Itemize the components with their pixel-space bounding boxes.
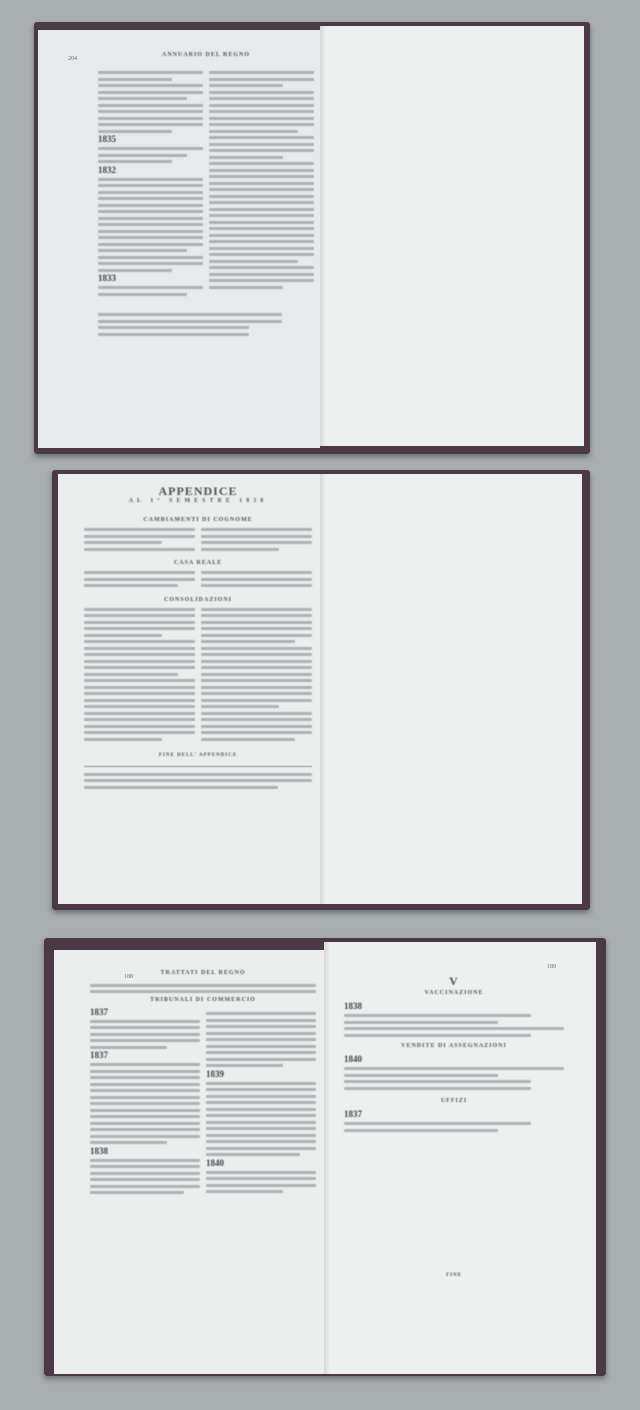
entry-year: 1833 xyxy=(98,275,203,283)
appendix-subtitle: AL 1° SEMESTRE 1838 xyxy=(84,498,312,506)
entry-year: 1837 xyxy=(344,1111,564,1119)
right-page-blank xyxy=(320,474,582,904)
entry-year: 1839 xyxy=(206,1071,316,1079)
page-text: TRATTATI DEL REGNO TRIBUNALI DI COMMERCI… xyxy=(90,970,316,1198)
page-number: 204 xyxy=(68,56,77,62)
page-text: V VACCINAZIONE 1838 VENDITE DI ASSEGNAZI… xyxy=(344,978,564,1279)
end-mark: FINE xyxy=(344,1272,564,1280)
end-mark: FINE DELL' APPENDICE xyxy=(84,752,312,760)
page-text: ANNUARIO DEL REGNO 1835 1832 1833 xyxy=(98,52,314,339)
section-heading: CAMBIAMENTI DI COGNOME xyxy=(84,517,312,525)
appendix-title: APPENDICE xyxy=(84,488,312,496)
right-page-blank xyxy=(320,26,584,446)
entry-year: 1837 xyxy=(90,1009,200,1017)
right-page: 189 V VACCINAZIONE 1838 VENDITE DI ASSEG… xyxy=(324,942,596,1374)
entry-year: 1838 xyxy=(90,1148,200,1156)
entry-year: 1840 xyxy=(206,1160,316,1168)
left-page: 204 ANNUARIO DEL REGNO 1835 1832 1833 xyxy=(38,30,320,448)
page-text: APPENDICE AL 1° SEMESTRE 1838 CAMBIAMENT… xyxy=(84,488,312,792)
letter-heading: V xyxy=(344,978,564,986)
book-bottom: 188 TRATTATI DEL REGNO TRIBUNALI DI COMM… xyxy=(44,938,606,1376)
running-head: TRATTATI DEL REGNO xyxy=(90,970,316,978)
entry-year: 1837 xyxy=(90,1052,200,1060)
page-number: 189 xyxy=(547,964,556,970)
entry-year: 1840 xyxy=(344,1056,564,1064)
section-heading: CONSOLIDAZIONI xyxy=(84,597,312,605)
entry-year: 1838 xyxy=(344,1003,564,1011)
section-heading: VENDITE DI ASSEGNAZIONI xyxy=(344,1043,564,1051)
section-heading: CASA REALE xyxy=(84,560,312,568)
section-heading: VACCINAZIONE xyxy=(344,990,564,998)
book-middle: APPENDICE AL 1° SEMESTRE 1838 CAMBIAMENT… xyxy=(52,470,590,910)
running-head: ANNUARIO DEL REGNO xyxy=(98,52,314,60)
entry-year: 1835 xyxy=(98,136,203,144)
section-heading: TRIBUNALI DI COMMERCIO xyxy=(90,997,316,1005)
left-page: 188 TRATTATI DEL REGNO TRIBUNALI DI COMM… xyxy=(54,950,324,1374)
entry-year: 1832 xyxy=(98,167,203,175)
left-page: APPENDICE AL 1° SEMESTRE 1838 CAMBIAMENT… xyxy=(58,474,320,904)
section-heading: UFFIZI xyxy=(344,1098,564,1106)
book-top: 204 ANNUARIO DEL REGNO 1835 1832 1833 xyxy=(34,22,590,454)
